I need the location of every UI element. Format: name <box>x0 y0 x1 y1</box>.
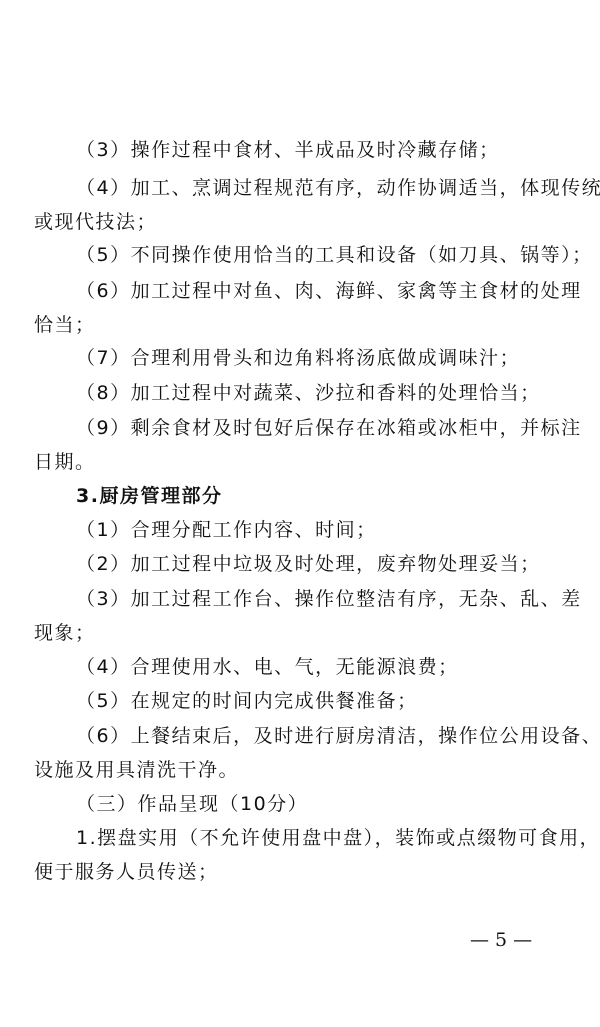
item-8-vegetables: （8）加工过程中对蔬菜、沙拉和香料的处理恰当； <box>0 381 600 405</box>
km-item-5: （5）在规定的时间内完成供餐准备； <box>0 689 600 713</box>
section-heading-kitchen-management: 3.厨房管理部分 <box>0 484 600 508</box>
presentation-item-1-continuation: 便于服务人员传送； <box>0 860 600 884</box>
item-4-continuation: 或现代技法； <box>0 210 600 234</box>
item-9-leftovers: （9）剩余食材及时包好后保存在冰箱或冰柜中，并标注 <box>0 416 600 440</box>
item-4-cooking-process: （4）加工、烹调过程规范有序，动作协调适当，体现传统 <box>0 176 600 200</box>
km-item-4: （4）合理使用水、电、气，无能源浪费； <box>0 655 600 679</box>
item-6-continuation: 恰当； <box>0 313 600 337</box>
item-3-cold-storage: （3）操作过程中食材、半成品及时冷藏存储； <box>0 138 600 162</box>
page-number: — 5 — <box>470 928 532 952</box>
item-9-continuation: 日期。 <box>0 450 600 474</box>
item-7-stock-sauce: （7）合理利用骨头和边角料将汤底做成调味汁； <box>0 346 600 370</box>
km-item-2: （2）加工过程中垃圾及时处理，废弃物处理妥当； <box>0 552 600 576</box>
km-item-3-continuation: 现象； <box>0 621 600 645</box>
item-5-tools: （5）不同操作使用恰当的工具和设备（如刀具、锅等）； <box>0 243 600 267</box>
document-page: （3）操作过程中食材、半成品及时冷藏存储； （4）加工、烹调过程规范有序，动作协… <box>0 0 600 1027</box>
km-item-1: （1）合理分配工作内容、时间； <box>0 518 600 542</box>
km-item-6: （6）上餐结束后，及时进行厨房清洁，操作位公用设备、 <box>0 724 600 748</box>
item-6-main-ingredients: （6）加工过程中对鱼、肉、海鲜、家禽等主食材的处理 <box>0 279 600 303</box>
km-item-3: （3）加工过程工作台、操作位整洁有序，无杂、乱、差 <box>0 587 600 611</box>
presentation-item-1: 1.摆盘实用（不允许使用盘中盘），装饰或点缀物可食用， <box>0 826 600 850</box>
km-item-6-continuation: 设施及用具清洗干净。 <box>0 758 600 782</box>
section-heading-presentation: （三）作品呈现（10分） <box>0 792 600 816</box>
